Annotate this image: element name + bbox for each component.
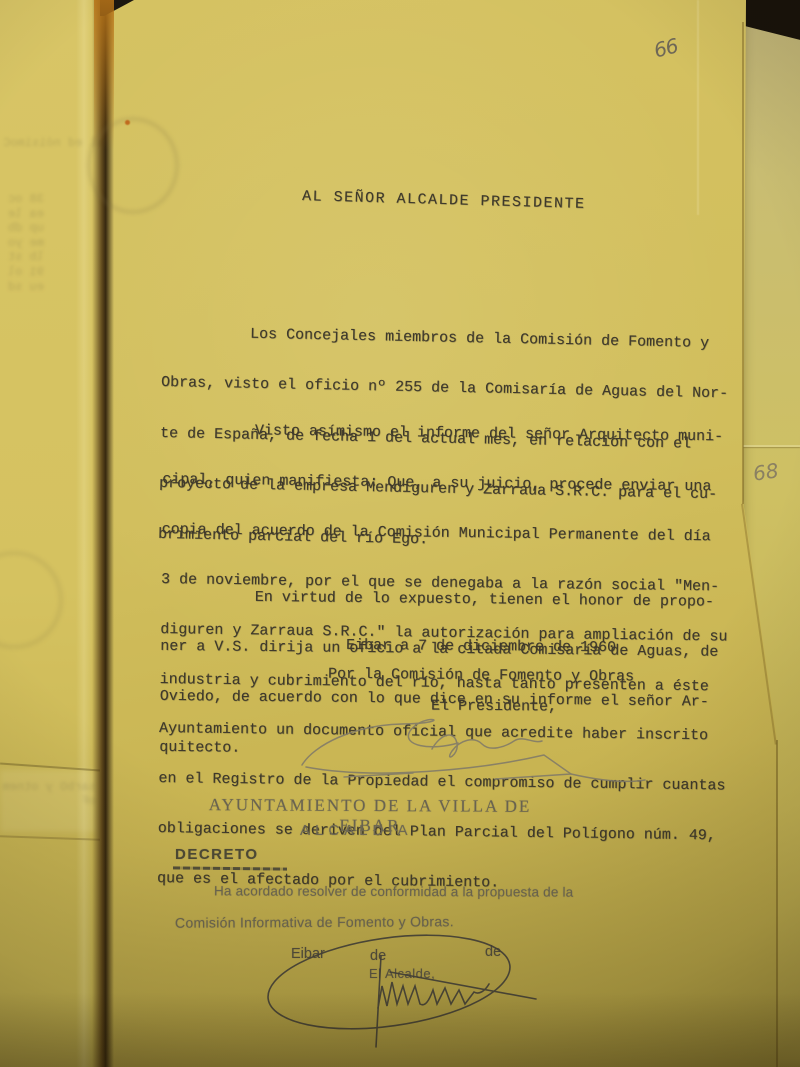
stamp-office: ALCALDIA — [300, 822, 413, 839]
stamp-resolution-line: Ha acordado resolver de conformidad a la… — [214, 883, 573, 899]
typed-line: cipal, quien manifiesta: Que, a su juici… — [162, 472, 768, 496]
paper-crease — [697, 0, 699, 215]
showthrough-text: 38 oc ea le up db me yo lb st 91 ol eu s… — [2, 192, 44, 294]
main-document-page: AL SEÑOR ALCALDE PRESIDENTE Los Concejal… — [104, 0, 780, 1067]
president-signature — [282, 703, 662, 788]
letter-date-line: Eibar a 7 de diciembre de 1960 — [346, 637, 616, 656]
paper-speck — [125, 120, 130, 125]
typed-line: En virtud de lo expuesto, tienen el hono… — [255, 590, 767, 612]
typed-line: Los Concejales miembros de la Comisión d… — [250, 327, 768, 354]
letter-committee-line: Por la Comisión de Fomento y Obras — [328, 666, 634, 686]
letter-title: AL SEÑOR ALCALDE PRESIDENTE — [302, 188, 586, 213]
folio-number-68: 68 — [751, 458, 780, 485]
showthrough-text: al ed nóisimoC — [0, 136, 104, 150]
page-edge-shadow — [776, 740, 778, 1067]
document-photo: al ed nóisimoC 38 oc ea le up db me yo l… — [0, 0, 800, 1067]
typed-line: copia del acuerdo de la Comisión Municip… — [162, 522, 768, 546]
showthrough-text: sarbO y otnemoF — [0, 780, 96, 808]
mayor-signature — [150, 920, 630, 1067]
stamp-decree-label: DECRETO — [175, 846, 259, 863]
underlying-page-seam — [738, 445, 800, 447]
ghost-stamp-circle — [88, 118, 178, 213]
typed-line: Visto asímismo el informe del señor Arqu… — [255, 423, 769, 446]
page-edge-shadow — [742, 22, 744, 504]
